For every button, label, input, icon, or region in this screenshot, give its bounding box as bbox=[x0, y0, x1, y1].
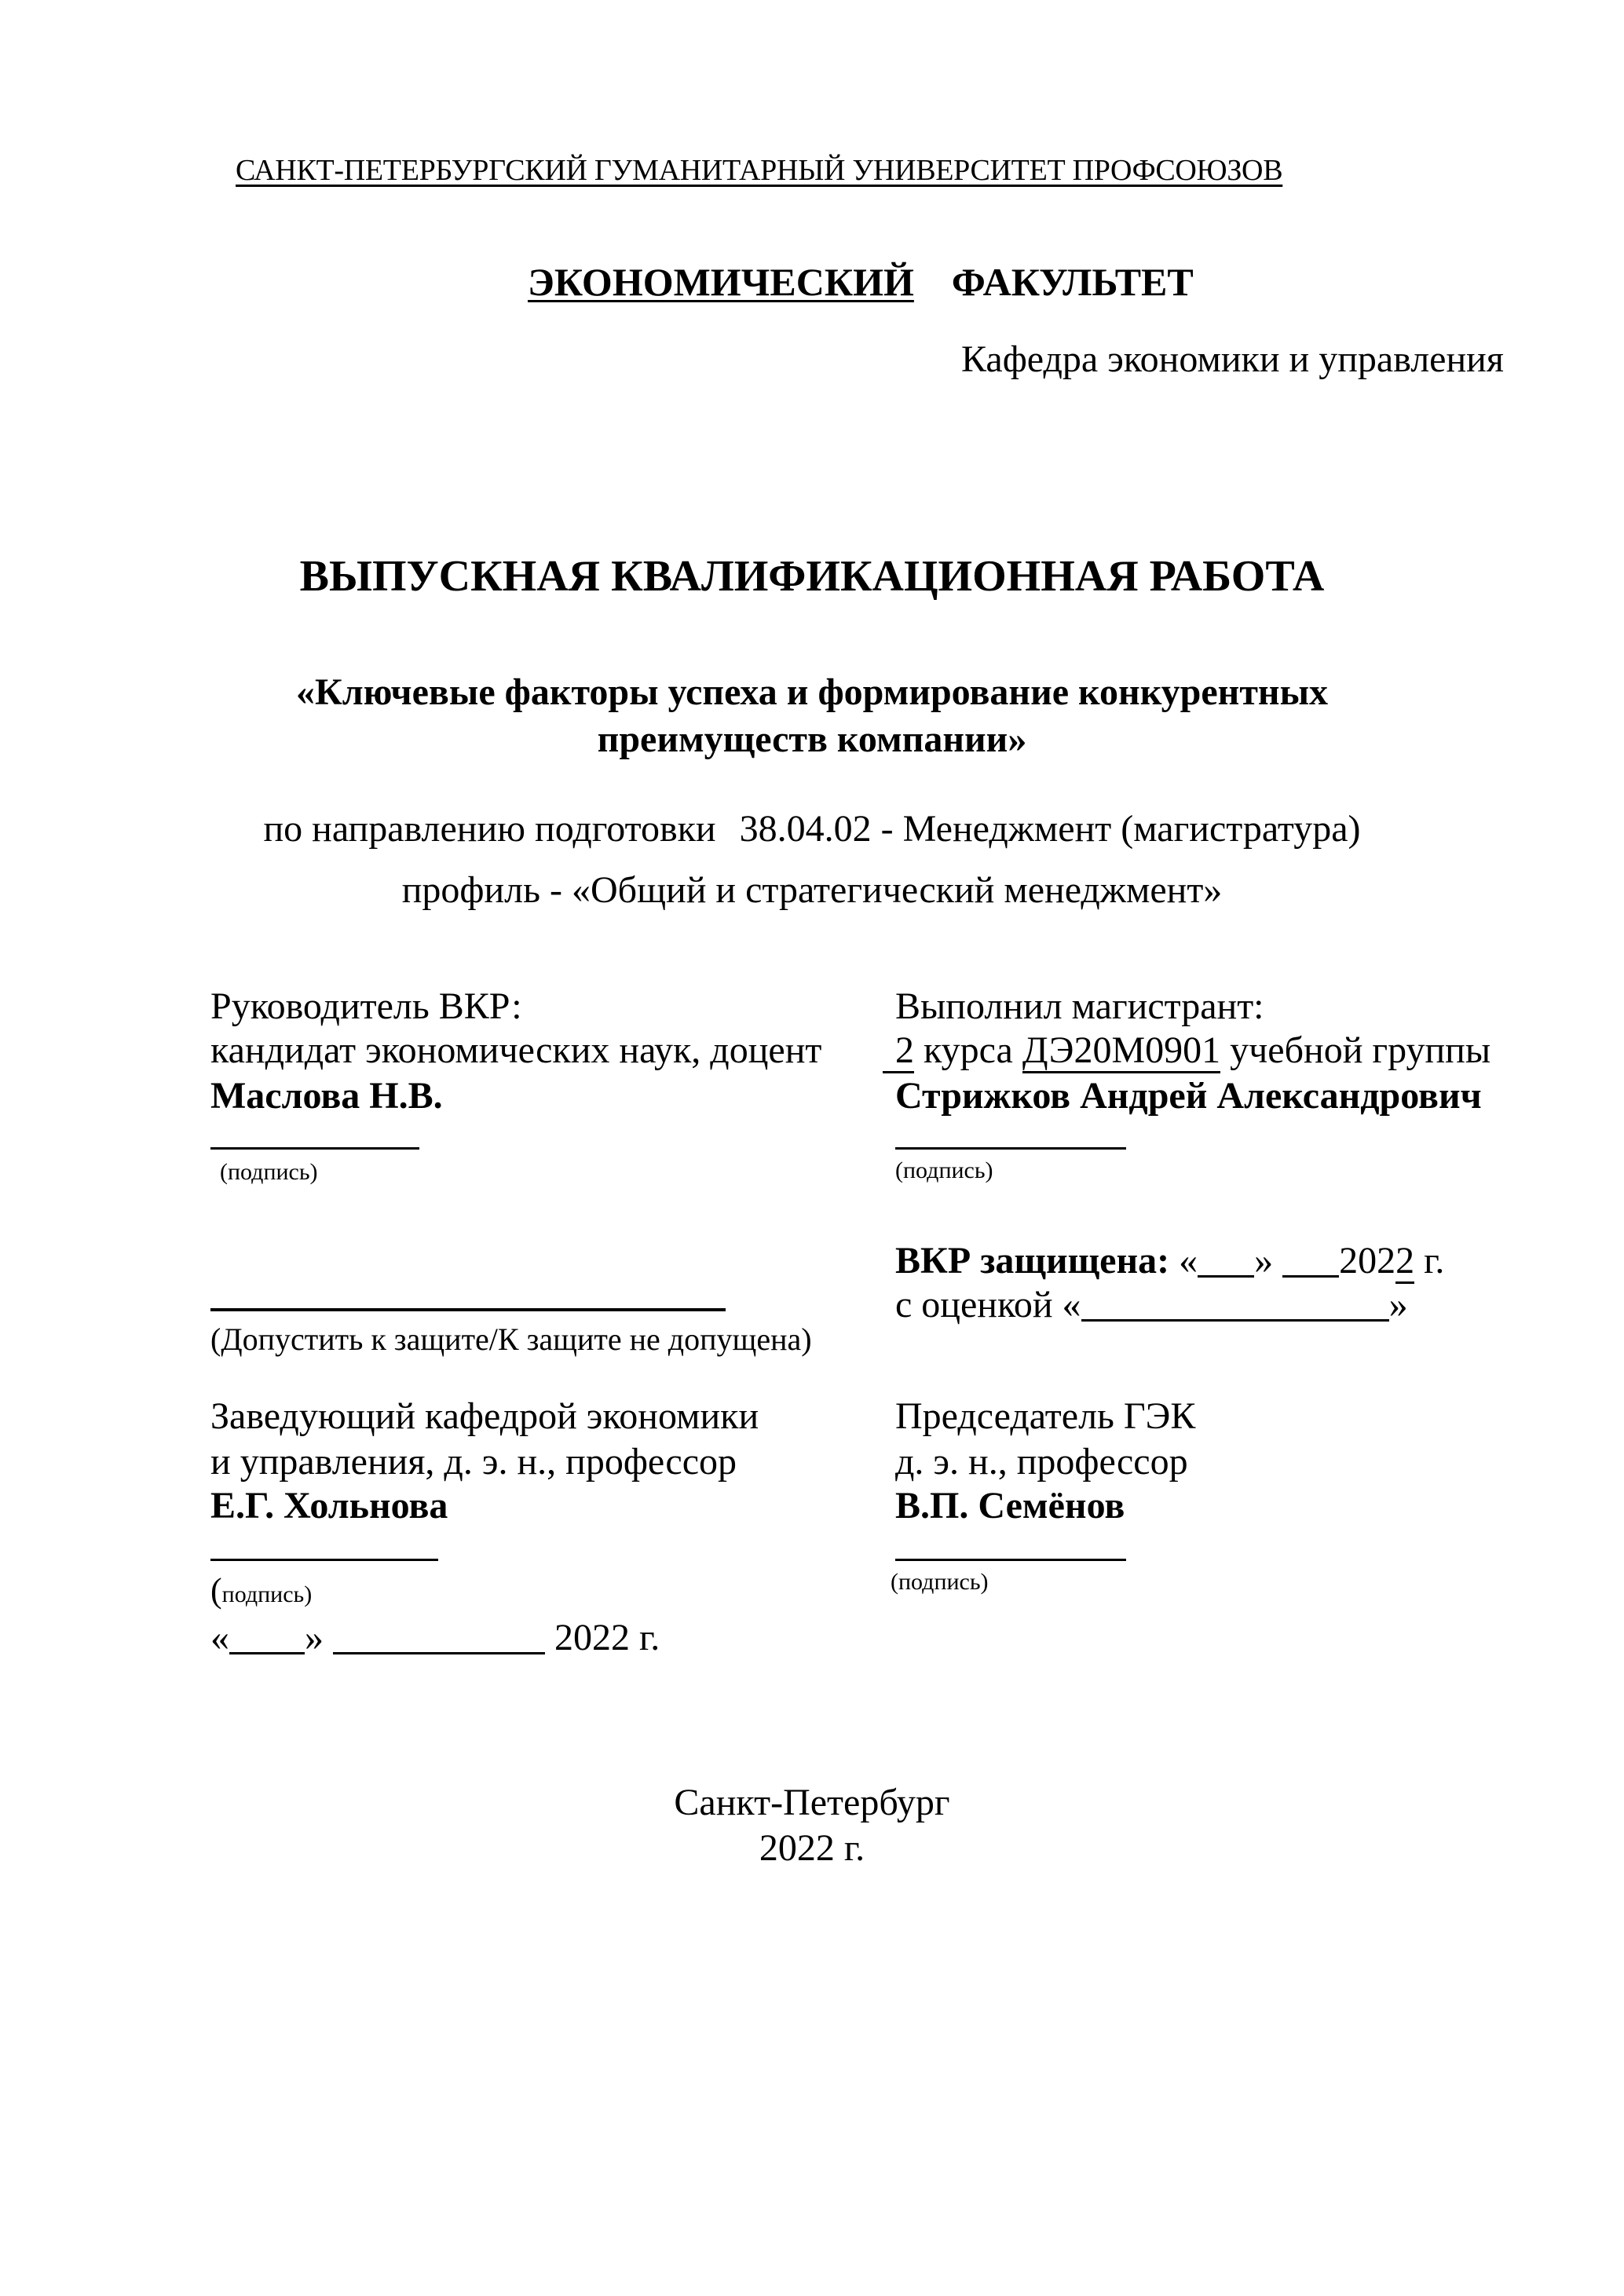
head-date-line: «» 2022 г. bbox=[210, 1619, 660, 1657]
chairman-degree: д. э. н., профессор bbox=[895, 1443, 1188, 1481]
direction-prefix: по направлению подготовки bbox=[263, 808, 715, 850]
work-topic-line1: «Ключевые факторы успеха и формирование … bbox=[0, 674, 1624, 711]
direction-value: 38.04.02 - Менеджмент (магистратура) bbox=[740, 808, 1361, 850]
student-course-label: курса bbox=[924, 1029, 1013, 1071]
work-type-title: ВЫПУСКНАЯ КВАЛИФИКАЦИОННАЯ РАБОТА bbox=[0, 554, 1624, 598]
supervisor-role: Руководитель ВКР: bbox=[210, 988, 522, 1026]
study-profile: профиль - «Общий и стратегический менедж… bbox=[0, 872, 1624, 909]
supervisor-signature-label: (подпись) bbox=[220, 1161, 318, 1184]
faculty-word: ФАКУЛЬТЕТ bbox=[952, 260, 1194, 304]
grade-label: с оценкой « bbox=[895, 1284, 1081, 1325]
defense-line: ВКР защищена: «» 2022 г. bbox=[895, 1242, 1444, 1280]
faculty-title: ЭКОНОМИЧЕСКИЙФАКУЛЬТЕТ bbox=[528, 262, 1194, 302]
defense-month-field bbox=[1282, 1244, 1339, 1278]
student-signature-line bbox=[895, 1147, 1126, 1150]
student-course: 2 bbox=[883, 1029, 914, 1073]
chairman-role: Председатель ГЭК bbox=[895, 1398, 1195, 1435]
head-role-line2: и управления, д. э. н., профессор bbox=[210, 1443, 737, 1481]
defense-year-prefix: 202 bbox=[1339, 1240, 1395, 1281]
faculty-name: ЭКОНОМИЧЕСКИЙ bbox=[528, 260, 914, 304]
chairman-signature-line bbox=[895, 1559, 1126, 1561]
admission-label: (Допустить к защите/К защите не допущена… bbox=[210, 1324, 812, 1355]
student-group: ДЭ20М0901 bbox=[1022, 1029, 1220, 1073]
student-group-label: учебной группы bbox=[1230, 1029, 1490, 1071]
head-date-day-field bbox=[229, 1621, 305, 1654]
head-date-month-field bbox=[333, 1621, 545, 1654]
work-topic-line2: преимуществ компании» bbox=[0, 721, 1624, 759]
student-course-group: 2 курса ДЭ20М0901 учебной группы bbox=[883, 1032, 1490, 1069]
supervisor-signature-line bbox=[210, 1147, 419, 1150]
grade-field bbox=[1081, 1288, 1389, 1322]
head-name: Е.Г. Хольнова bbox=[210, 1487, 448, 1525]
student-name: Стрижков Андрей Александрович bbox=[895, 1077, 1482, 1115]
chairman-name: В.П. Семёнов bbox=[895, 1487, 1125, 1525]
supervisor-name: Маслова Н.В. bbox=[210, 1077, 443, 1115]
defense-year-digit: 2 bbox=[1395, 1240, 1414, 1284]
defense-label: ВКР защищена: bbox=[895, 1240, 1169, 1281]
student-signature-label: (подпись) bbox=[895, 1159, 993, 1183]
admission-decision-line bbox=[210, 1308, 726, 1311]
supervisor-degree: кандидат экономических наук, доцент bbox=[210, 1032, 821, 1069]
head-role-line1: Заведующий кафедрой экономики bbox=[210, 1398, 759, 1435]
study-direction: по направлению подготовки38.04.02 - Мене… bbox=[0, 810, 1624, 848]
department-name: Кафедра экономики и управления bbox=[961, 341, 1504, 378]
grade-line: с оценкой «» bbox=[895, 1286, 1408, 1324]
head-signature-label: (подпись) bbox=[210, 1574, 312, 1608]
chairman-signature-label: (подпись) bbox=[891, 1570, 989, 1594]
footer-year: 2022 г. bbox=[0, 1830, 1624, 1867]
head-signature-line bbox=[210, 1559, 438, 1561]
footer-city: Санкт-Петербург bbox=[0, 1784, 1624, 1822]
head-date-year: 2022 г. bbox=[554, 1617, 660, 1658]
university-name: САНКТ-ПЕТЕРБУРГСКИЙ ГУМАНИТАРНЫЙ УНИВЕРС… bbox=[236, 155, 1282, 185]
student-role: Выполнил магистрант: bbox=[895, 988, 1264, 1026]
defense-day-field bbox=[1198, 1244, 1254, 1278]
